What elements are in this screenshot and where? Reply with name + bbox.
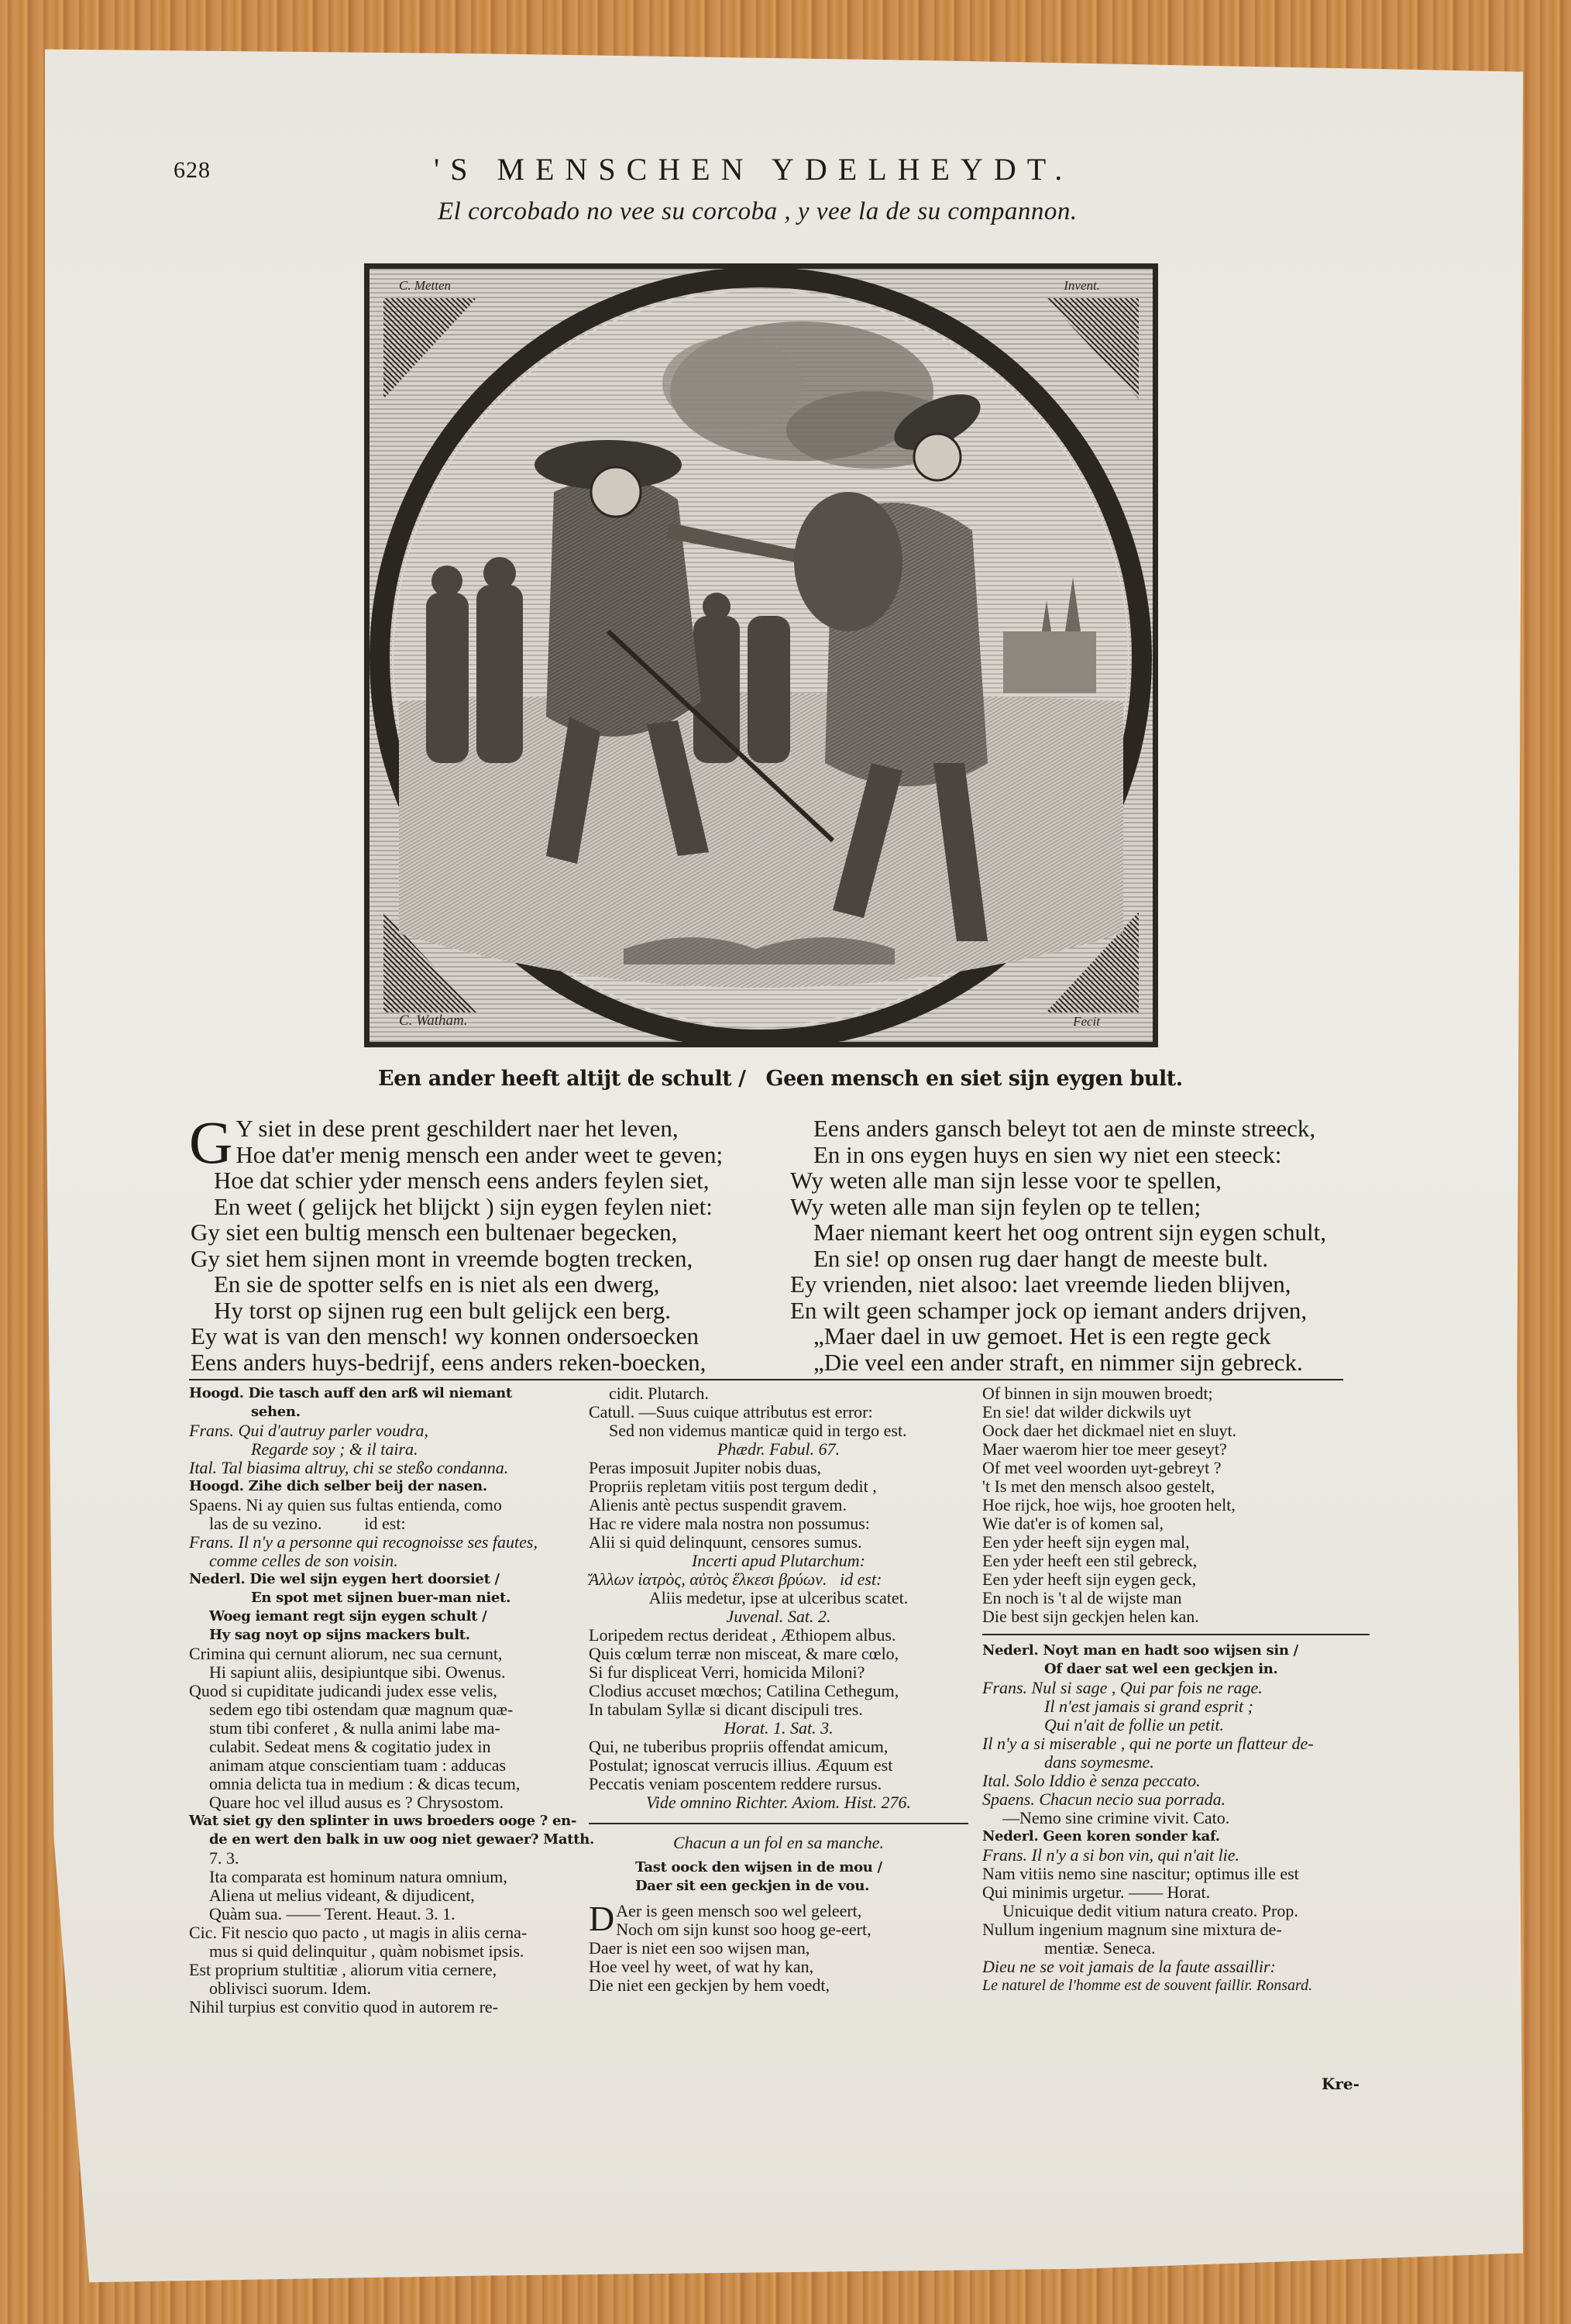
note-line: Nederl. Die wel sijn eygen hert doorsiet…	[189, 1570, 576, 1589]
verse-line: Of met veel woorden uyt-gebreyt ?	[982, 1459, 1370, 1477]
note-line: Spaens. Ni ay quien sus fultas entienda,…	[189, 1496, 576, 1514]
note-line: Sed non videmus manticæ quid in tergo es…	[589, 1422, 968, 1440]
poem-line: En sie de spotter selfs en is niet als e…	[191, 1271, 779, 1298]
section-heading: Chacun a un fol en sa manche.	[589, 1834, 968, 1852]
note-line: animam atque conscientiam tuam : adducas	[189, 1756, 576, 1775]
note-line: Vide omnino Richter. Axiom. Hist. 276.	[589, 1793, 968, 1812]
note-line: sehen.	[189, 1403, 576, 1422]
note-line: Qui, ne tuberibus propriis offendat amic…	[589, 1738, 968, 1756]
verse-line: Noch om sijn kunst soo hoog ge-eert,	[589, 1920, 968, 1939]
poem-line: Ey vrienden, niet alsoo: laet vreemde li…	[790, 1271, 1394, 1298]
verse-line: Die niet een geckjen by hem voedt,	[589, 1976, 968, 1995]
note-line: Alienis antè pectus suspendit gravem.	[589, 1496, 968, 1514]
poem-line: Hoe dat schier yder mensch eens anders f…	[191, 1167, 779, 1194]
verse-line: Een yder heeft een stil gebreck,	[982, 1552, 1370, 1570]
note-line: Ἄλλων ἰατρὸς, αὐτὸς ἕλκεσι βρύων. id est…	[589, 1570, 968, 1589]
note-line: Ita comparata est hominum natura omnium,	[189, 1868, 576, 1886]
note-line: Catull. —Suus cuique attributus est erro…	[589, 1403, 968, 1422]
poem-line: Y siet in dese prent geschildert naer he…	[191, 1116, 779, 1142]
note-line: Ital. Solo Iddio è senza peccato.	[982, 1772, 1370, 1790]
verse-line: En noch is 't al de wijste man	[982, 1589, 1370, 1607]
note-line: In tabulam Syllæ si dicant discipuli tre…	[589, 1700, 968, 1719]
note-line: culabit. Sedeat mens & cogitatio judex i…	[189, 1738, 576, 1756]
verse-line: Een yder heeft sijn eygen mal,	[982, 1533, 1370, 1552]
note-line: cidit. Plutarch.	[589, 1384, 968, 1403]
note-line: Spaens. Chacun necio sua porrada.	[982, 1790, 1370, 1809]
poem-right-column: Eens anders gansch beleyt tot aen de min…	[790, 1116, 1394, 1375]
poem-line: En weet ( gelijck het blijckt ) sijn eyg…	[191, 1194, 779, 1220]
note-line: Frans. Il n'y a personne qui recognoisse…	[189, 1533, 576, 1552]
note-line: Hoogd. Zihe dich selber beij der nasen.	[189, 1477, 576, 1496]
verse-line: Oock daer het dickmael niet en sluyt.	[982, 1422, 1370, 1440]
note-line: Quàm sua. —— Terent. Heaut. 3. 1.	[189, 1905, 576, 1923]
notes-column-right: Of binnen in sijn mouwen broedt; En sie!…	[982, 1384, 1370, 1995]
note-line: Horat. 1. Sat. 3.	[589, 1719, 968, 1738]
engraving-signature-inventor: C. Metten	[399, 278, 451, 294]
poem-line: Wy weten alle man sijn lesse voor te spe…	[790, 1167, 1394, 1194]
verse-line: Hoe veel hy weet, of wat hy kan,	[589, 1958, 968, 1976]
note-line: Cic. Fit nescio quo pacto , ut magis in …	[189, 1923, 576, 1942]
engraving-signature-invent: Invent.	[1064, 278, 1100, 294]
note-line: Juvenal. Sat. 2.	[589, 1607, 968, 1626]
engraving-caption: Een ander heeft altijt de schult / Geen …	[378, 1067, 1153, 1091]
note-line: Qui minimis urgetur. —— Horat.	[982, 1883, 1370, 1902]
note-line: Woeg iemant regt sijn eygen schult /	[189, 1607, 576, 1626]
verse-line: Daer is niet een soo wijsen man,	[589, 1939, 968, 1958]
note-line: Frans. Nul si sage , Qui par fois ne rag…	[982, 1679, 1370, 1697]
engraving-illustration: C. Metten Invent. C. Watham. Fecit	[364, 263, 1158, 1047]
verse-line: 't Is met den mensch alsoo gestelt,	[982, 1477, 1370, 1496]
note-line: Alii si quid delinquunt, censores sumus.	[589, 1533, 968, 1552]
note-line: Nam vitiis nemo sine nascitur; optimus i…	[982, 1865, 1370, 1883]
note-line: Hoogd. Die tasch auff den arß wil nieman…	[189, 1384, 576, 1403]
note-line: Hac re videre mala nostra non possumus:	[589, 1514, 968, 1533]
poem-line: Hoe dat'er menig mensch een ander weet t…	[191, 1142, 779, 1168]
note-line: mentiæ. Seneca.	[982, 1939, 1370, 1958]
caption-left: Een ander heeft altijt de schult /	[378, 1067, 746, 1091]
note-line: Peras imposuit Jupiter nobis duas,	[589, 1459, 968, 1477]
poem-line: „Maer dael in uw gemoet. Het is een regt…	[790, 1323, 1394, 1349]
note-line: dans soymesme.	[982, 1753, 1370, 1772]
poem-line: „Die veel een ander straft, en nimmer si…	[790, 1349, 1394, 1376]
verse-line: Aer is geen mensch soo wel geleert,	[589, 1902, 968, 1920]
poem-line: Ey wat is van den mensch! wy konnen onde…	[191, 1323, 779, 1349]
catchword: Kre-	[1322, 2075, 1360, 2093]
note-line: Si fur displiceat Verri, homicida Miloni…	[589, 1663, 968, 1682]
engraving-signature-fecit: Fecit	[1073, 1014, 1100, 1030]
note-line: 7. 3.	[189, 1849, 576, 1868]
note-line: Phædr. Fabul. 67.	[589, 1440, 968, 1459]
note-line: Clodius accuset mœchos; Catilina Cethegu…	[589, 1682, 968, 1700]
note-line: mus si quid delinquitur , quàm nobismet …	[189, 1942, 576, 1961]
engraving-signature-engraver: C. Watham.	[399, 1012, 468, 1030]
verse-line: Wie dat'er is of komen sal,	[982, 1514, 1370, 1533]
note-line: omnia delicta tua in medium : & dicas te…	[189, 1775, 576, 1793]
note-line: Quod si cupiditate judicandi judex esse …	[189, 1682, 576, 1700]
poem-line: En sie! op onsen rug daer hangt de meest…	[790, 1246, 1394, 1272]
poem-line: Hy torst op sijnen rug een bult gelijck …	[191, 1298, 779, 1324]
note-line: En spot met sijnen buer-man niet.	[189, 1589, 576, 1607]
note-line: Incerti apud Plutarchum:	[589, 1552, 968, 1570]
note-line: Nederl. Noyt man en hadt soo wijsen sin …	[982, 1642, 1370, 1660]
note-line: Nihil turpius est convitio quod in autor…	[189, 1998, 576, 2016]
note-line: —Nemo sine crimine vivit. Cato.	[982, 1809, 1370, 1827]
poem-dropcap: G	[189, 1119, 232, 1167]
note-line: Unicuique dedit vitium natura creato. Pr…	[982, 1902, 1370, 1920]
verse-line: Die best sijn geckjen helen kan.	[982, 1607, 1370, 1626]
verse-line: Hoe rijck, hoe wijs, hoe grooten helt,	[982, 1496, 1370, 1514]
note-line: Frans. Qui d'autruy parler voudra,	[189, 1422, 576, 1440]
note-line: Postulat; ignoscat verrucis illius. Æquu…	[589, 1756, 968, 1775]
note-line: Peccatis veniam poscentem reddere rursus…	[589, 1775, 968, 1793]
note-line: Crimina qui cernunt aliorum, nec sua cer…	[189, 1645, 576, 1663]
note-line: Quis cœlum terræ non misceat, & mare cœl…	[589, 1645, 968, 1663]
poem-left-column: G Y siet in dese prent geschildert naer …	[191, 1116, 779, 1375]
poem-line: Maer niemant keert het oog ontrent sijn …	[790, 1219, 1394, 1246]
spanish-motto: El corcobado no vee su corcoba , y vee l…	[438, 198, 1078, 226]
note-line: de en wert den balk in uw oog niet gewae…	[189, 1831, 576, 1849]
poem-line: Eens anders gansch beleyt tot aen de min…	[790, 1116, 1394, 1142]
notes-column-middle: cidit. Plutarch. Catull. —Suus cuique at…	[589, 1384, 968, 1995]
note-line: Dieu ne se voit jamais de la faute assai…	[982, 1958, 1370, 1976]
note-line: sedem ego tibi ostendam quæ magnum quæ-	[189, 1700, 576, 1719]
note-line: Hy sag noyt op sijns mackers bult.	[189, 1626, 576, 1645]
note-line: Est proprium stultitiæ , aliorum vitia c…	[189, 1961, 576, 1979]
poem-line: Eens anders huys-bedrijf, eens anders re…	[191, 1349, 779, 1376]
note-line: Wat siet gy den splinter in uws broeders…	[189, 1812, 576, 1831]
note-line: comme celles de son voisin.	[189, 1552, 576, 1570]
verse-line: Of binnen in sijn mouwen broedt;	[982, 1384, 1370, 1403]
caption-right: Geen mensch en siet sijn eygen bult.	[766, 1067, 1183, 1091]
note-line: Regarde soy ; & il taira.	[189, 1440, 576, 1459]
note-line: Loripedem rectus derideat , Æthiopem alb…	[589, 1626, 968, 1645]
note-line: Il n'est jamais si grand esprit ;	[982, 1697, 1370, 1716]
note-line: stum tibi conferet , & nulla animi labe …	[189, 1719, 576, 1738]
note-line: Aliena ut melius videant, & dijudicent,	[189, 1886, 576, 1905]
divider-rule-right	[982, 1634, 1370, 1635]
divider-rule-main	[189, 1379, 1343, 1380]
poem-line: En wilt geen schamper jock op iemant and…	[790, 1298, 1394, 1324]
note-line: Aliis medetur, ipse at ulceribus scatet.	[589, 1589, 968, 1607]
note-line: Propriis repletam vitiis post tergum ded…	[589, 1477, 968, 1496]
note-line: Frans. Il n'y a si bon vin, qui n'ait li…	[982, 1846, 1370, 1865]
note-line: oblivisci suorum. Idem.	[189, 1979, 576, 1998]
note-line: Qui n'ait de follie un petit.	[982, 1716, 1370, 1734]
proverb-line: Tast oock den wijsen in de mou /	[589, 1858, 968, 1877]
divider-rule-middle	[589, 1823, 968, 1824]
poem-line: Wy weten alle man sijn feylen op te tell…	[790, 1194, 1394, 1220]
note-line: Of daer sat wel een geckjen in.	[982, 1660, 1370, 1679]
proverb-line: Daer sit een geckjen in de vou.	[589, 1877, 968, 1896]
poem-line: Gy siet een bultig mensch een bultenaer …	[191, 1219, 779, 1246]
note-line: Nederl. Geen koren sonder kaf.	[982, 1827, 1370, 1846]
note-line: Quare hoc vel illud ausus es ? Chrysosto…	[189, 1793, 576, 1812]
verse-line: Maer waerom hier toe meer geseyt?	[982, 1440, 1370, 1459]
note-line: Hi sapiunt aliis, desipiuntque sibi. Owe…	[189, 1663, 576, 1682]
note-line: Nullum ingenium magnum sine mixtura de-	[982, 1920, 1370, 1939]
verse-dropcap: D	[589, 1903, 614, 1934]
page-number: 628	[174, 157, 211, 184]
poem-line: En in ons eygen huys en sien wy niet een…	[790, 1142, 1394, 1168]
note-line: Ital. Tal biasima altruy, chi se steßo c…	[189, 1459, 576, 1477]
note-line: Il n'y a si miserable , qui ne porte un …	[982, 1734, 1370, 1753]
running-head-title: 'S MENSCHEN YDELHEYDT.	[434, 151, 1073, 187]
engraving-artwork-icon	[368, 267, 1154, 1043]
verse-line: En sie! dat wilder dickwils uyt	[982, 1403, 1370, 1422]
verse-line: Een yder heeft sijn eygen geck,	[982, 1570, 1370, 1589]
notes-column-left: Hoogd. Die tasch auff den arß wil nieman…	[189, 1384, 576, 2016]
poem-line: Gy siet hem sijnen mont in vreemde bogte…	[191, 1246, 779, 1272]
note-line: Le naturel de l'homme est de souvent fai…	[982, 1976, 1370, 1995]
note-line: las de su vezino. id est:	[189, 1514, 576, 1533]
